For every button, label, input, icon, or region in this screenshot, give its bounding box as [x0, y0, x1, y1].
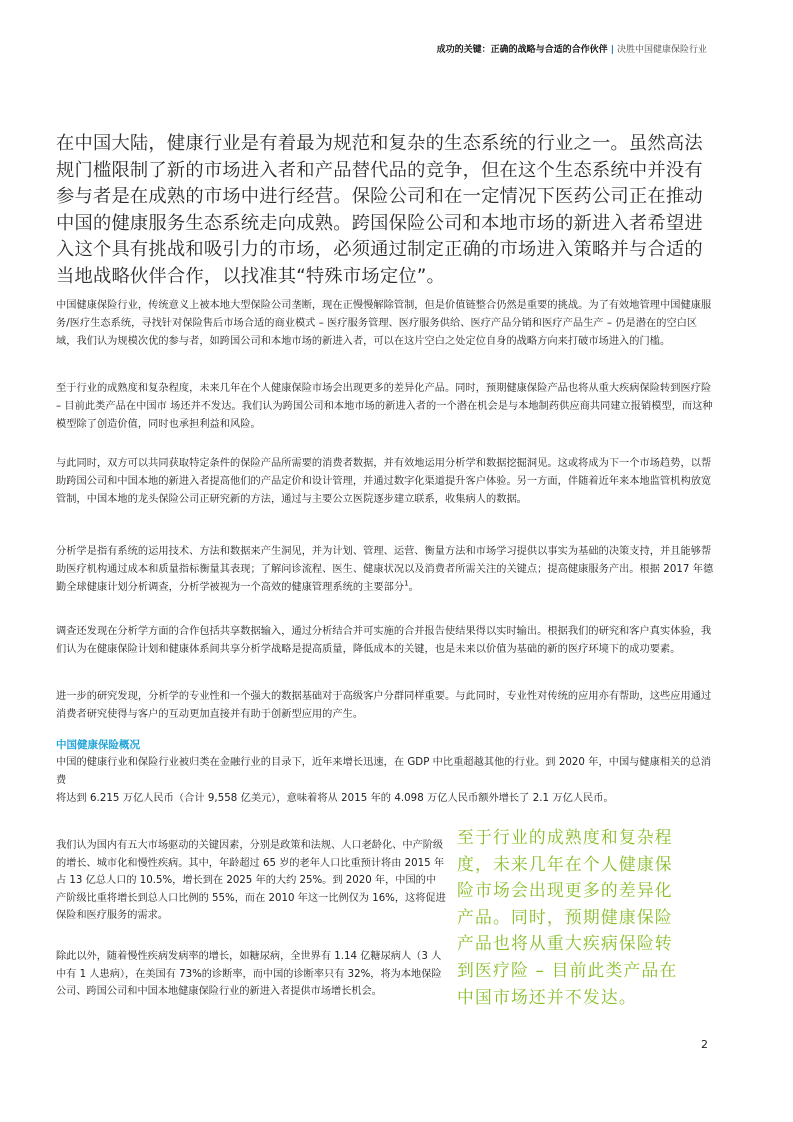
pull-quote: 至于行业的成熟度和复杂程度，未来几年在个人健康保险市场会出现更多的差异化产品。同…	[457, 824, 683, 1010]
header-title-light: 决胜中国健康保险行业	[617, 45, 707, 55]
page-number: 2	[701, 1038, 708, 1051]
body-paragraph-6: 进一步的研究发现，分析学的专业性和一个强大的数据基础对于高级客户分群同样重要。与…	[56, 688, 716, 724]
body-paragraph-2: 至于行业的成熟度和复杂程度，未来几年在个人健康保险市场会出现更多的差异化产品。同…	[56, 380, 716, 434]
header-separator: |	[611, 45, 614, 55]
chronic-disease-paragraph: 除此以外，随着慢性疾病发病率的增长，如糖尿病，全世界有 1.14 亿糖尿病人（3…	[56, 948, 446, 1001]
body-paragraph-4: 分析学是指有系统的运用技术、方法和数据来产生洞见，并为计划、管理、运营、衡量方法…	[56, 543, 716, 597]
section-heading: 中国健康保险概况	[56, 738, 140, 752]
section-intro-line2: 将达到 6.215 万亿人民币（合计 9,558 亿美元），意味着将从 2015…	[56, 790, 716, 808]
section-intro-line1: 中国的健康行业和保险行业被归类在金融行业的目录下，近年来增长迅速，在 GDP 中…	[56, 754, 716, 790]
header-title-bold: 成功的关键：正确的战略与合适的合作伙伴	[437, 45, 608, 55]
body-paragraph-4-text: 分析学是指有系统的运用技术、方法和数据来产生洞见，并为计划、管理、运营、衡量方法…	[56, 546, 713, 593]
body-paragraph-3: 与此同时，双方可以共同获取特定条件的保险产品所需要的消费者数据，并有效地运用分析…	[56, 455, 716, 509]
body-paragraph-4-end: 。	[409, 582, 419, 593]
lead-paragraph: 在中国大陆，健康行业是有着最为规范和复杂的生态系统的行业之一。虽然高法规门槛限制…	[56, 131, 706, 290]
running-header: 成功的关键：正确的战略与合适的合作伙伴|决胜中国健康保险行业	[437, 44, 707, 56]
body-paragraph-5: 调查还发现在分析学方面的合作包括共享数据输入，通过分析结合并可实施的合并报告使结…	[56, 623, 716, 659]
drivers-paragraph: 我们认为国内有五大市场驱动的关键因素，分别是政策和法规、人口老龄化、中产阶级的增…	[56, 837, 446, 925]
body-paragraph-1: 中国健康保险行业，传统意义上被本地大型保险公司垄断，现在正慢慢解除管制，但是价值…	[56, 297, 716, 351]
